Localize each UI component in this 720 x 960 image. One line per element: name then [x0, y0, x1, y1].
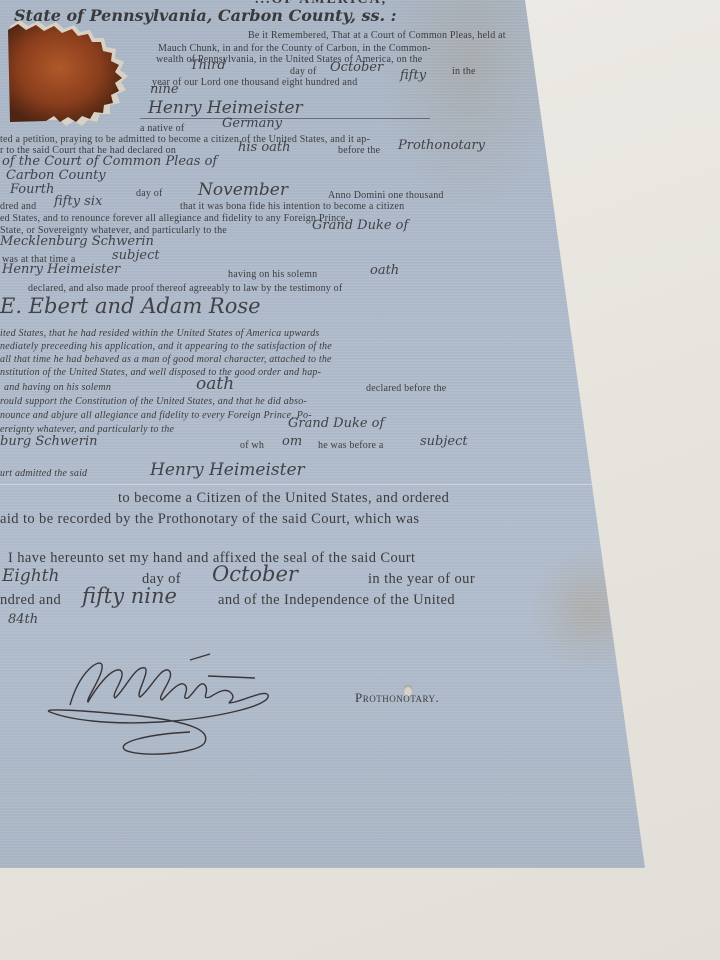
handwritten-witness-year: fifty nine: [82, 584, 177, 608]
prothonotary-title: Prothonotary.: [355, 690, 439, 706]
printed-line-27: nounce and abjure all allegiance and fid…: [0, 410, 312, 421]
handwritten-subject-1: subject: [112, 248, 160, 263]
printed-line-8: ted a petition, praying to be admitted t…: [0, 134, 370, 145]
printed-line-33: aid to be recorded by the Prothonotary o…: [0, 511, 419, 528]
printed-line-14: that it was bona fide his intention to b…: [180, 201, 404, 212]
printed-line-18: having on his solemn: [228, 269, 317, 280]
printed-line-15: ed States, and to renounce forever all a…: [0, 213, 348, 224]
printed-line-4: day of: [290, 66, 316, 77]
printed-line-5: in the: [452, 66, 476, 77]
printed-line-38: and of the Independence of the United: [218, 592, 455, 609]
handwritten-court-month: October: [330, 60, 383, 75]
printed-line-21: nediately preceeding his application, an…: [0, 341, 332, 352]
printed-line-25: declared before the: [366, 383, 446, 394]
handwritten-declaration-year: fifty six: [54, 194, 102, 209]
handwritten-applicant-name: Henry Heimeister: [148, 98, 303, 118]
handwritten-sovereign-4: burg Schwerin: [0, 434, 98, 449]
handwritten-applicant-name-3: Henry Heimeister: [150, 460, 305, 480]
handwritten-witnesses: E. Ebert and Adam Rose: [0, 294, 261, 318]
handwritten-oath-2: oath: [196, 374, 234, 394]
handwritten-before-court-c: Carbon County: [6, 168, 106, 183]
printed-line-37: ndred and: [0, 592, 61, 609]
printed-line-13: dred and: [0, 201, 36, 212]
printed-line-2: Mauch Chunk, in and for the County of Ca…: [158, 43, 431, 54]
handwritten-sovereign-1: Grand Duke of: [312, 218, 408, 233]
handwritten-declaration-day: Fourth: [10, 182, 54, 197]
handwritten-declared-on: his oath: [238, 140, 291, 155]
handwritten-whom-fill: om: [282, 434, 302, 449]
printed-line-6: year of our Lord one thousand eight hund…: [152, 77, 357, 88]
handwritten-court-day: Third: [190, 58, 226, 73]
printed-line-26: rould support the Constitution of the Un…: [0, 396, 307, 407]
printed-line-29: of wh: [240, 440, 264, 451]
printed-line-22: all that time he had behaved as a man of…: [0, 354, 332, 365]
handwritten-witness-day: Eighth: [2, 566, 59, 586]
signature-graphic: [40, 650, 300, 760]
wax-seal-icon: [0, 18, 135, 128]
printed-line-7: a native of: [140, 123, 184, 134]
printed-line-24: and having on his solemn: [4, 382, 111, 393]
handwritten-court-year-a: fifty: [400, 68, 426, 83]
handwritten-sovereign-2: Mecklenburg Schwerin: [0, 234, 154, 249]
printed-line-31: urt admitted the said: [0, 468, 87, 479]
handwritten-applicant-name-2: Henry Heimeister: [2, 262, 120, 277]
printed-line-1: Be it Remembered, That at a Court of Com…: [248, 30, 506, 41]
printed-line-20: ited States, that he had resided within …: [0, 328, 320, 339]
handwritten-independence-year: 84th: [8, 612, 38, 627]
printed-line-12: Anno Domini one thousand: [328, 190, 444, 201]
fold-crease: [0, 484, 600, 485]
handwritten-sovereign-3: Grand Duke of: [288, 416, 384, 431]
printed-line-11: day of: [136, 188, 162, 199]
printed-line-32: to become a Citizen of the United States…: [118, 490, 449, 507]
handwritten-before-court-b: of the Court of Common Pleas of: [2, 154, 217, 169]
handwritten-declaration-month: November: [198, 180, 288, 200]
handwritten-subject-2: subject: [420, 434, 468, 449]
printed-line-10: before the: [338, 145, 380, 156]
printed-line-19: declared, and also made proof thereof ag…: [28, 283, 342, 294]
handwritten-witness-month: October: [212, 562, 298, 586]
printed-line-36: in the year of our: [368, 571, 475, 588]
handwritten-oath-1: oath: [370, 263, 399, 278]
handwritten-before-court-a: Prothonotary: [398, 138, 485, 153]
handwritten-native-country: Germany: [222, 116, 282, 131]
printed-line-23: nstitution of the United States, and wel…: [0, 367, 321, 378]
printed-line-30: he was before a: [318, 440, 383, 451]
handwritten-court-year-b: nine: [150, 82, 179, 97]
